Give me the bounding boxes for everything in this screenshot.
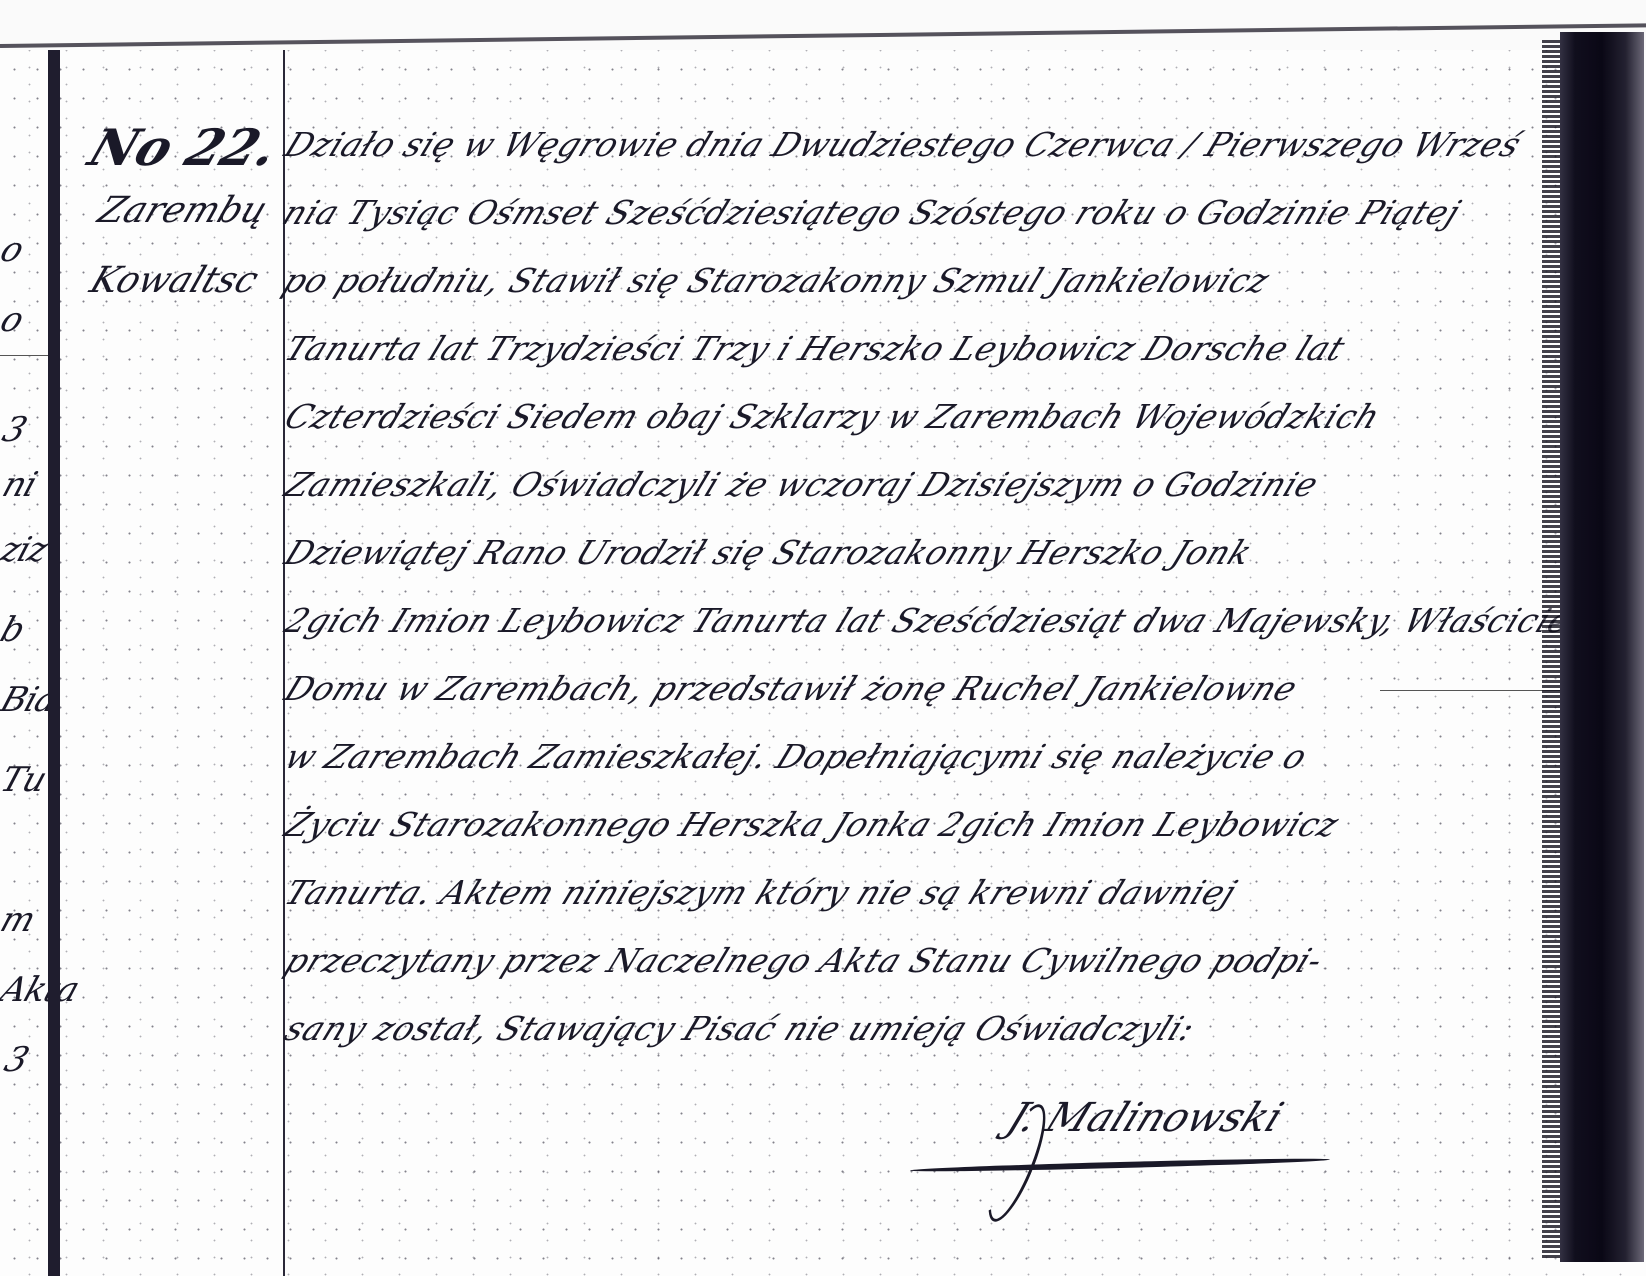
record-line: Działo się w Węgrowie dnia Dwudziestego … [279,125,1527,164]
record-line: w Zarembach Zamieszkałej. Dopełniającymi… [279,737,1313,776]
margin-note-village: Zarembų [93,190,273,231]
fragment-text: o [0,300,28,340]
record-line: Zamieszkali, Oświadczyli że wczoraj Dzis… [279,465,1324,504]
official-signature: J. Malinowski [1001,1095,1290,1141]
record-line: sany został, Stawający Pisać nie umieją … [279,1009,1201,1048]
margin-note-surname: Kowaltsc [85,260,264,301]
fragment-text: m [0,900,40,940]
record-line: Dziewiątej Rano Urodził się Starozakonny… [279,533,1258,572]
fragment-text: o [0,230,28,270]
fragment-text: b [0,610,29,650]
margin-column [60,50,282,1276]
adjacent-record-fragment: o o 3 ni ziz b Bia Tu m Akta 3 [0,50,48,1276]
fragment-text: 3 [0,410,31,450]
record-line: po południu, Stawił się Starozakonny Szm… [277,261,1276,300]
record-line: przeczytany przez Naczelnego Akta Stanu … [279,941,1329,980]
binding-shadow-inner [1542,40,1560,1260]
scanned-document-page: o o 3 ni ziz b Bia Tu m Akta 3 No 22. Za… [0,0,1646,1276]
fragment-text: ni [0,465,41,505]
book-binding-edge [1560,32,1644,1262]
margin-thick-rule [48,50,60,1276]
record-line: Domu w Zarembach, przedstawił żonę Ruche… [279,669,1303,708]
record-number: No 22. [81,118,286,177]
margin-thin-rule [283,50,285,1276]
fragment-text: 3 [0,1040,33,1080]
record-line: Życiu Starozakonnego Herszka Jonka 2gich… [279,805,1345,844]
record-line: 2gich Imion Leybowicz Tanurta lat Sześćd… [279,601,1588,640]
record-line: nia Tysiąc Ośmset Sześćdziesiątego Szóst… [277,193,1466,232]
record-line: Tanurta lat Trzydzieści Trzy i Herszko L… [279,329,1351,368]
record-line: Tanurta. Aktem niniejszym który nie są k… [279,873,1243,912]
fragment-text: ziz [0,530,52,570]
fragment-text: Tu [0,760,51,800]
record-line: Czterdzieści Siedem obaj Szklarzy w Zare… [279,397,1386,436]
